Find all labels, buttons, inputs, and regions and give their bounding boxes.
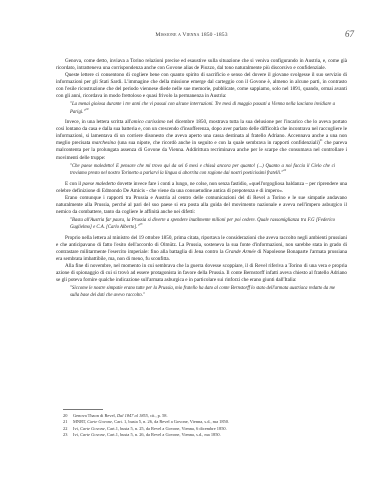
block-quote: "Siccome le nostre simpatie erano tutte … [56, 286, 347, 299]
footnote-ref: 20 [85, 107, 88, 111]
footnote-ref: 22 [283, 168, 286, 172]
footnote-divider [63, 409, 103, 410]
block-quote: "Che paese maledetto! E pensare che mi t… [56, 164, 347, 178]
body-text: Genova, come detto, inviava a Torino rel… [56, 58, 347, 302]
paragraph: Erano comunque i rapporti tra Prussia e … [56, 195, 347, 216]
block-quote: "Basta all'Austria far paura, la Prussia… [56, 218, 347, 232]
paragraph: Invece, in una lettera scritta all'amico… [56, 119, 347, 161]
paragraph: Genova, come detto, inviava a Torino rel… [56, 58, 347, 72]
paragraph: Queste lettere ci consentono di cogliere… [56, 72, 347, 100]
footnote: 23Ivi, Carte Govone, Cart.1, busta 5, n.… [63, 432, 348, 438]
paragraph: Proprio nella lettera al ministro del 19… [56, 235, 347, 263]
running-head: Missione a Vienna 1850 -1853 [0, 32, 383, 38]
paragraph: E con il paese maledetto dovette invece … [56, 181, 347, 195]
block-quote: "La menai gioiosa durante i tre anni che… [56, 102, 347, 116]
page-number: 67 [345, 29, 354, 39]
footnotes: 20Genova Thaon di Revel, Dal 1847 al 185… [63, 413, 348, 438]
paragraph: Alla fine di novembre, nel momento in cu… [56, 263, 347, 284]
footnote-ref: 23 [139, 222, 142, 226]
